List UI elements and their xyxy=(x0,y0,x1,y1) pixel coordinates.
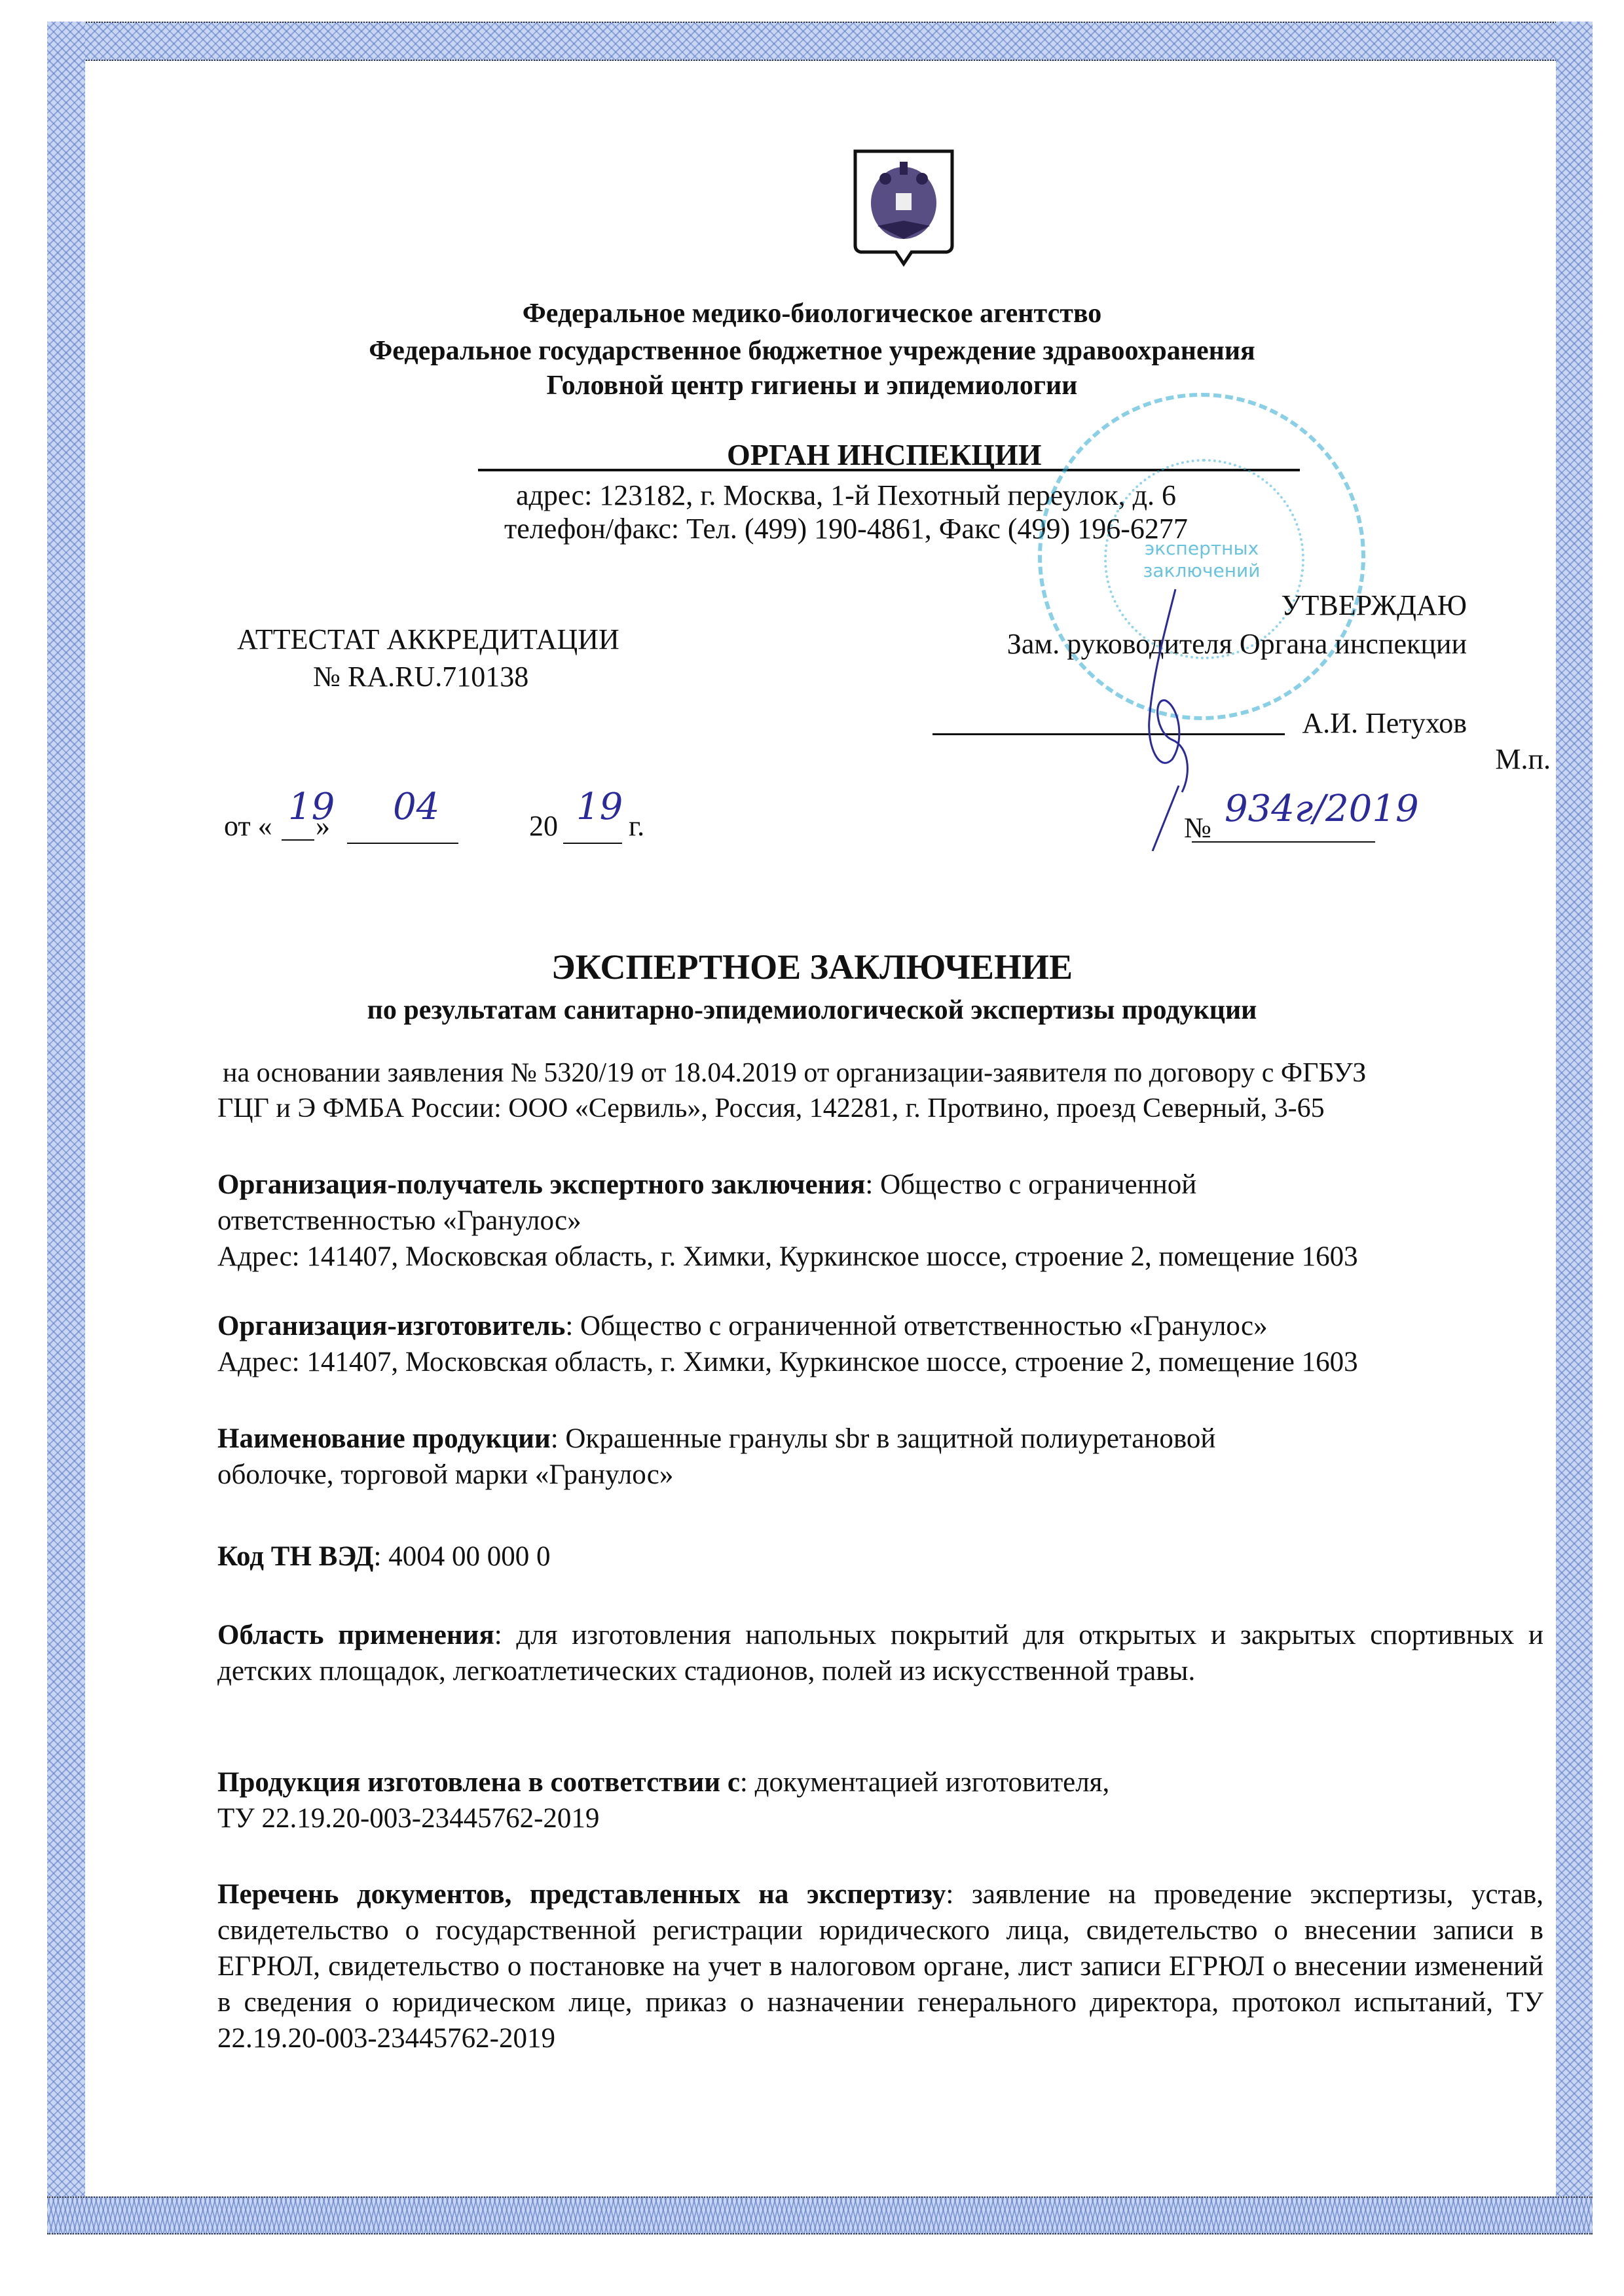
manufacturer-value: : Общество с ограниченной ответственност… xyxy=(565,1311,1267,1341)
date-month: 04 xyxy=(393,789,439,826)
product-value-1: : Окрашенные гранулы sbr в защитной поли… xyxy=(551,1423,1216,1454)
agency-line-3: Головной центр гигиены и эпидемиологии xyxy=(0,372,1624,399)
date-year: 19 xyxy=(576,789,623,826)
organ-title: ОРГАН ИНСПЕКЦИИ xyxy=(727,440,1042,470)
compliance-value-1: : документацией изготовителя, xyxy=(740,1767,1109,1798)
date-century: 20 xyxy=(529,812,558,841)
doc-number-prefix: № xyxy=(1184,814,1211,843)
accreditation-title: АТТЕСТАТ АККРЕДИТАЦИИ xyxy=(237,625,619,654)
russian-coat-of-arms-icon xyxy=(851,147,956,272)
approve-label: УТВЕРЖДАЮ xyxy=(1281,591,1467,620)
product-label: Наименование продукции xyxy=(217,1423,551,1454)
section-compliance: Продукция изготовлена в соответствии с: … xyxy=(217,1764,1543,1836)
manufacturer-label: Организация-изготовитель xyxy=(217,1311,565,1341)
section-hs-code: Код ТН ВЭД: 4004 00 000 0 xyxy=(217,1539,1543,1575)
recipient-label: Организация-получатель экспертного заклю… xyxy=(217,1169,865,1200)
doc-number-value: 934г/2019 xyxy=(1225,791,1419,828)
date-year-underline xyxy=(563,843,622,844)
date-prefix: от « xyxy=(224,812,272,841)
agency-line-1: Федеральное медико-биологическое агентст… xyxy=(0,300,1624,327)
basis-line-2: ГЦГ и Э ФМБА России: ООО «Сервиль», Росс… xyxy=(217,1095,1325,1122)
border-top xyxy=(47,22,1593,61)
recipient-address: Адрес: 141407, Московская область, г. Хи… xyxy=(217,1241,1358,1272)
date-suffix: г. xyxy=(629,812,644,841)
recipient-value-2: ответственностью «Гранулос» xyxy=(217,1205,581,1236)
recipient-value-1: : Общество с ограниченной xyxy=(865,1169,1196,1200)
organ-address: адрес: 123182, г. Москва, 1-й Пехотный п… xyxy=(516,481,1176,510)
doc-number-underline xyxy=(1192,841,1375,843)
document-title: ЭКСПЕРТНОЕ ЗАКЛЮЧЕНИЕ xyxy=(0,949,1624,985)
section-product: Наименование продукции: Окрашенные грану… xyxy=(217,1421,1543,1493)
date-mid: » xyxy=(316,812,330,841)
section-manufacturer: Организация-изготовитель: Общество с огр… xyxy=(217,1308,1543,1380)
organ-phone: телефон/факс: Тел. (499) 190-4861, Факс … xyxy=(504,515,1188,543)
approver-name: А.И. Петухов xyxy=(1302,709,1467,738)
seal-place-label: М.п. xyxy=(1495,745,1551,774)
compliance-label: Продукция изготовлена в соответствии с xyxy=(217,1767,740,1798)
border-bottom xyxy=(47,2196,1593,2234)
date-month-underline xyxy=(347,843,458,844)
section-scope: Область применения: для изготовления нап… xyxy=(217,1617,1543,1689)
signature-line xyxy=(932,733,1285,735)
agency-line-2: Федеральное государственное бюджетное уч… xyxy=(0,337,1624,365)
hs-code-value: : 4004 00 000 0 xyxy=(374,1541,551,1572)
product-value-2: оболочке, торговой марки «Гранулос» xyxy=(217,1459,673,1490)
document-subtitle: по результатам санитарно-эпидемиологичес… xyxy=(0,996,1624,1024)
documents-label: Перечень документов, представленных на э… xyxy=(217,1879,946,1910)
section-documents: Перечень документов, представленных на э… xyxy=(217,1876,1543,2056)
section-recipient: Организация-получатель экспертного заклю… xyxy=(217,1167,1543,1275)
organ-title-underline xyxy=(478,469,1300,471)
hs-code-label: Код ТН ВЭД xyxy=(217,1541,374,1572)
date-day-underline xyxy=(282,839,314,841)
accreditation-number: № RA.RU.710138 xyxy=(313,663,528,691)
basis-line-1: на основании заявления № 5320/19 от 18.0… xyxy=(223,1059,1366,1087)
scope-label: Область применения xyxy=(217,1620,494,1650)
compliance-value-2: ТУ 22.19.20-003-23445762-2019 xyxy=(217,1803,599,1834)
approver-position: Зам. руководителя Органа инспекции xyxy=(1007,630,1467,659)
manufacturer-address: Адрес: 141407, Московская область, г. Хи… xyxy=(217,1347,1358,1377)
